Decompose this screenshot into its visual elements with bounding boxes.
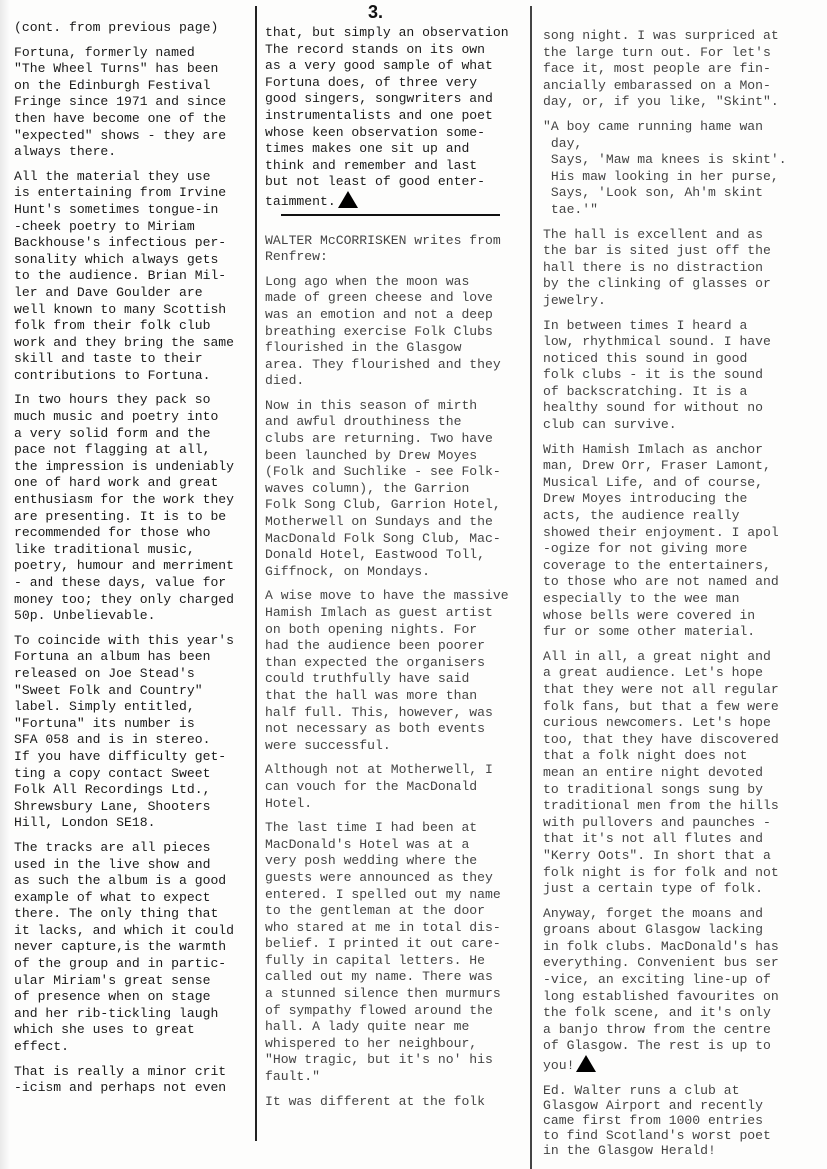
end-of-article-triangle-icon [576,1055,596,1072]
column-divider-left [255,6,257,1141]
column-divider-right [530,6,532,1169]
byline: WALTER McCORRISKEN writes from Renfrew: [265,233,530,266]
article-paragraph: Long ago when the moon was made of green… [265,274,530,390]
article-paragraph: All in all, a great night and a great au… [543,649,823,898]
continuation-note: (cont. from previous page) [14,20,254,37]
newsletter-page: 3. (cont. from previous page) Fortuna, f… [0,0,827,1169]
end-of-article-triangle-icon [338,191,358,208]
article-end-text: that, but simply an observation The reco… [265,25,509,209]
article-paragraph: All the material they use is entertainin… [14,169,254,385]
article-paragraph: That is really a minor crit -icism and p… [14,1064,254,1097]
column-1: (cont. from previous page) Fortuna, form… [14,20,254,1169]
editor-note: Ed. Walter runs a club at Glasgow Airpor… [543,1083,823,1158]
article-paragraph: To coincide with this year's Fortuna an … [14,633,254,832]
page-number: 3. [368,2,383,23]
article-paragraph: With Hamish Imlach as anchor man, Drew O… [543,442,823,641]
section-separator-rule [281,214,500,216]
article-paragraph: It was different at the folk [265,1094,530,1111]
column-2: that, but simply an observation The reco… [265,25,530,1169]
article-paragraph: Although not at Motherwell, I can vouch … [265,762,530,812]
page-edge-shadow [0,0,10,1169]
article-paragraph: Now in this season of mirth and awful dr… [265,398,530,581]
article-paragraph: that, but simply an observation The reco… [265,25,530,211]
article-paragraph: A wise move to have the massive Hamish I… [265,588,530,754]
article-paragraph: In two hours they pack so much music and… [14,392,254,624]
article-paragraph: The tracks are all pieces used in the li… [14,840,254,1056]
article-closing-text: Anyway, forget the moans and groans abou… [543,906,779,1073]
article-paragraph: Fortuna, formerly named "The Wheel Turns… [14,45,254,161]
article-paragraph: The hall is excellent and as the bar is … [543,227,823,310]
quoted-poem: "A boy came running hame wan day, Says, … [543,119,823,219]
article-paragraph: Anyway, forget the moans and groans abou… [543,906,823,1075]
column-3: song night. I was surpriced at the large… [543,28,823,1169]
article-paragraph: song night. I was surpriced at the large… [543,28,823,111]
spacer [265,219,530,233]
article-paragraph: In between times I heard a low, rhythmic… [543,318,823,434]
article-paragraph: The last time I had been at MacDonald's … [265,820,530,1086]
